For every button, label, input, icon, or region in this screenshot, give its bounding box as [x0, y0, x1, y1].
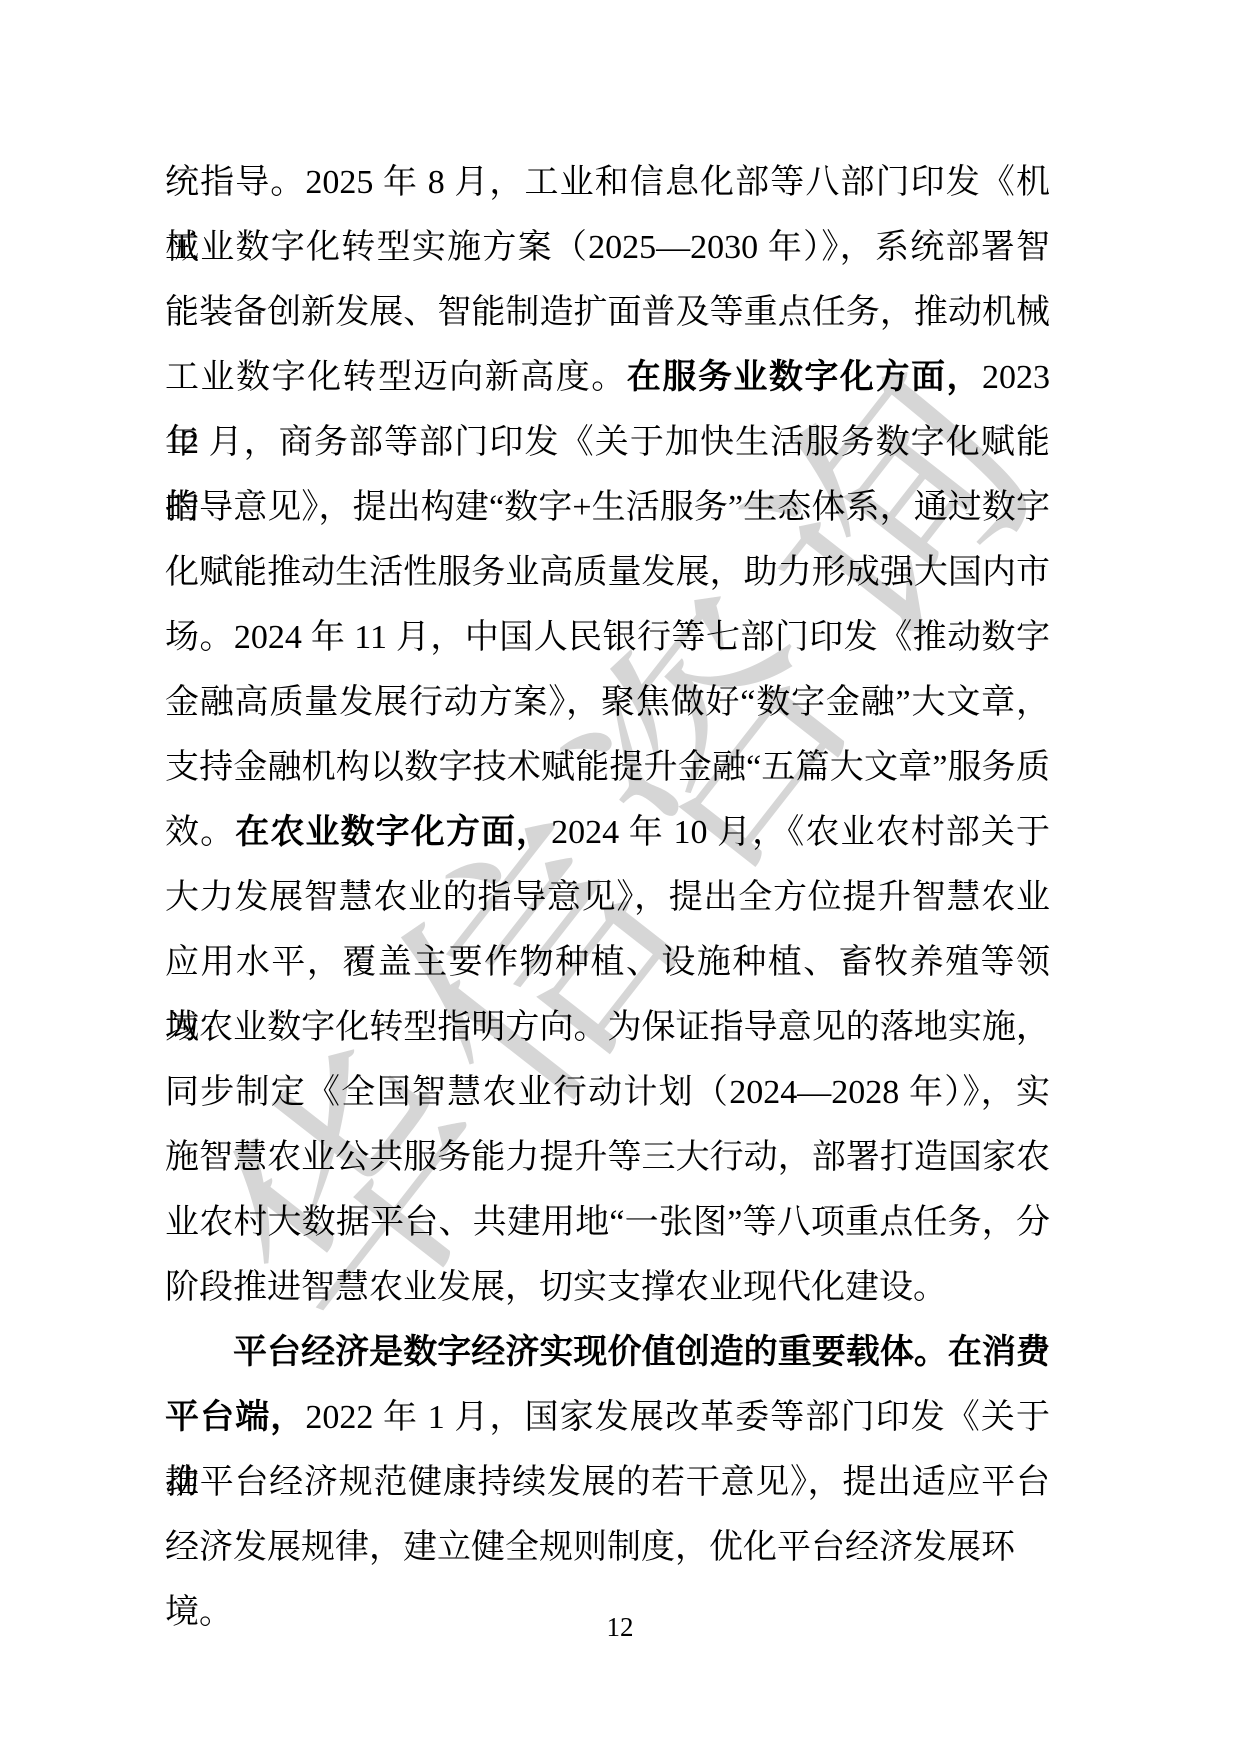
emphasis-text: 平台端，: [165, 1398, 305, 1436]
body-text-segment: 场。2024 年 11 月，中国人民银行等七部门印发《推动数字: [165, 619, 1050, 656]
body-text-segment: 业农村大数据平台、共建用地“一张图”等八项重点任务，分: [165, 1204, 1050, 1241]
body-text-segment: 2024 年 10 月，《农业农村部关于: [551, 814, 1050, 851]
body-text-segment: 金融高质量发展行动方案》，聚焦做好“数字金融”大文章，: [165, 684, 1050, 721]
text-line: 指导意见》，提出构建“数字+生活服务”生态体系，通过数字: [165, 475, 1050, 540]
body-text-segment: 工业数字化转型迈向新高度。: [165, 359, 627, 396]
text-line: 统指导。2025 年 8 月，工业和信息化部等八部门印发《机械: [165, 150, 1050, 215]
text-line: 为农业数字化转型指明方向。为保证指导意见的落地实施，: [165, 995, 1050, 1060]
text-line: 场。2024 年 11 月，中国人民银行等七部门印发《推动数字: [165, 605, 1050, 670]
text-line: 经济发展规律，建立健全规则制度，优化平台经济发展环境。: [165, 1515, 1050, 1580]
text-line: 工业数字化转型实施方案（2025—2030 年）》，系统部署智: [165, 215, 1050, 280]
body-text-segment: 为农业数字化转型指明方向。为保证指导意见的落地实施，: [165, 1009, 1050, 1046]
text-line: 平台经济是数字经济实现价值创造的重要载体。在消费: [165, 1320, 1050, 1385]
text-line: 化赋能推动生活性服务业高质量发展，助力形成强大国内市: [165, 540, 1050, 605]
body-text-segment: 同步制定《全国智慧农业行动计划（2024—2028 年）》，实: [165, 1074, 1050, 1111]
text-line: 同步制定《全国智慧农业行动计划（2024—2028 年）》，实: [165, 1060, 1050, 1125]
text-line: 支持金融机构以数字技术赋能提升金融“五篇大文章”服务质: [165, 735, 1050, 800]
body-text-segment: 施智慧农业公共服务能力提升等三大行动，部署打造国家农: [165, 1139, 1050, 1176]
text-line: 平台端，2022 年 1 月，国家发展改革委等部门印发《关于推: [165, 1385, 1050, 1450]
text-line: 工业数字化转型迈向新高度。在服务业数字化方面，2023 年: [165, 345, 1050, 410]
text-line: 业农村大数据平台、共建用地“一张图”等八项重点任务，分: [165, 1190, 1050, 1255]
text-line: 阶段推进智慧农业发展，切实支撑农业现代化建设。: [165, 1255, 1050, 1320]
text-line: 应用水平，覆盖主要作物种植、设施种植、畜牧养殖等领域，: [165, 930, 1050, 995]
text-line: 效。在农业数字化方面，2024 年 10 月，《农业农村部关于: [165, 800, 1050, 865]
text-line: 施智慧农业公共服务能力提升等三大行动，部署打造国家农: [165, 1125, 1050, 1190]
text-line: 动平台经济规范健康持续发展的若干意见》，提出适应平台: [165, 1450, 1050, 1515]
body-text-segment: 工业数字化转型实施方案（2025—2030 年）》，系统部署智: [165, 229, 1050, 266]
emphasis-text: 平台经济是数字经济实现价值创造的重要载体。在消费: [233, 1333, 1050, 1371]
emphasis-text: 在农业数字化方面，: [235, 813, 551, 851]
text-line: 金融高质量发展行动方案》，聚焦做好“数字金融”大文章，: [165, 670, 1050, 735]
body-text-segment: 化赋能推动生活性服务业高质量发展，助力形成强大国内市: [165, 554, 1050, 591]
body-text-segment: 效。: [165, 814, 235, 851]
body-text-segment: 支持金融机构以数字技术赋能提升金融“五篇大文章”服务质: [165, 749, 1050, 786]
page-number: 12: [0, 1612, 1240, 1643]
text-line: 12 月，商务部等部门印发《关于加快生活服务数字化赋能的: [165, 410, 1050, 475]
body-text-segment: 能装备创新发展、智能制造扩面普及等重点任务，推动机械: [165, 294, 1050, 331]
body-text-segment: 指导意见》，提出构建“数字+生活服务”生态体系，通过数字: [165, 489, 1050, 526]
body-text-segment: 阶段推进智慧农业发展，切实支撑农业现代化建设。: [165, 1269, 947, 1306]
text-line: 大力发展智慧农业的指导意见》，提出全方位提升智慧农业: [165, 865, 1050, 930]
body-text-segment: 动平台经济规范健康持续发展的若干意见》，提出适应平台: [165, 1464, 1050, 1501]
text-line: 能装备创新发展、智能制造扩面普及等重点任务，推动机械: [165, 280, 1050, 345]
document-body: 统指导。2025 年 8 月，工业和信息化部等八部门印发《机械工业数字化转型实施…: [165, 150, 1050, 1580]
emphasis-text: 在服务业数字化方面，: [627, 358, 982, 396]
body-text-segment: 大力发展智慧农业的指导意见》，提出全方位提升智慧农业: [165, 879, 1050, 916]
